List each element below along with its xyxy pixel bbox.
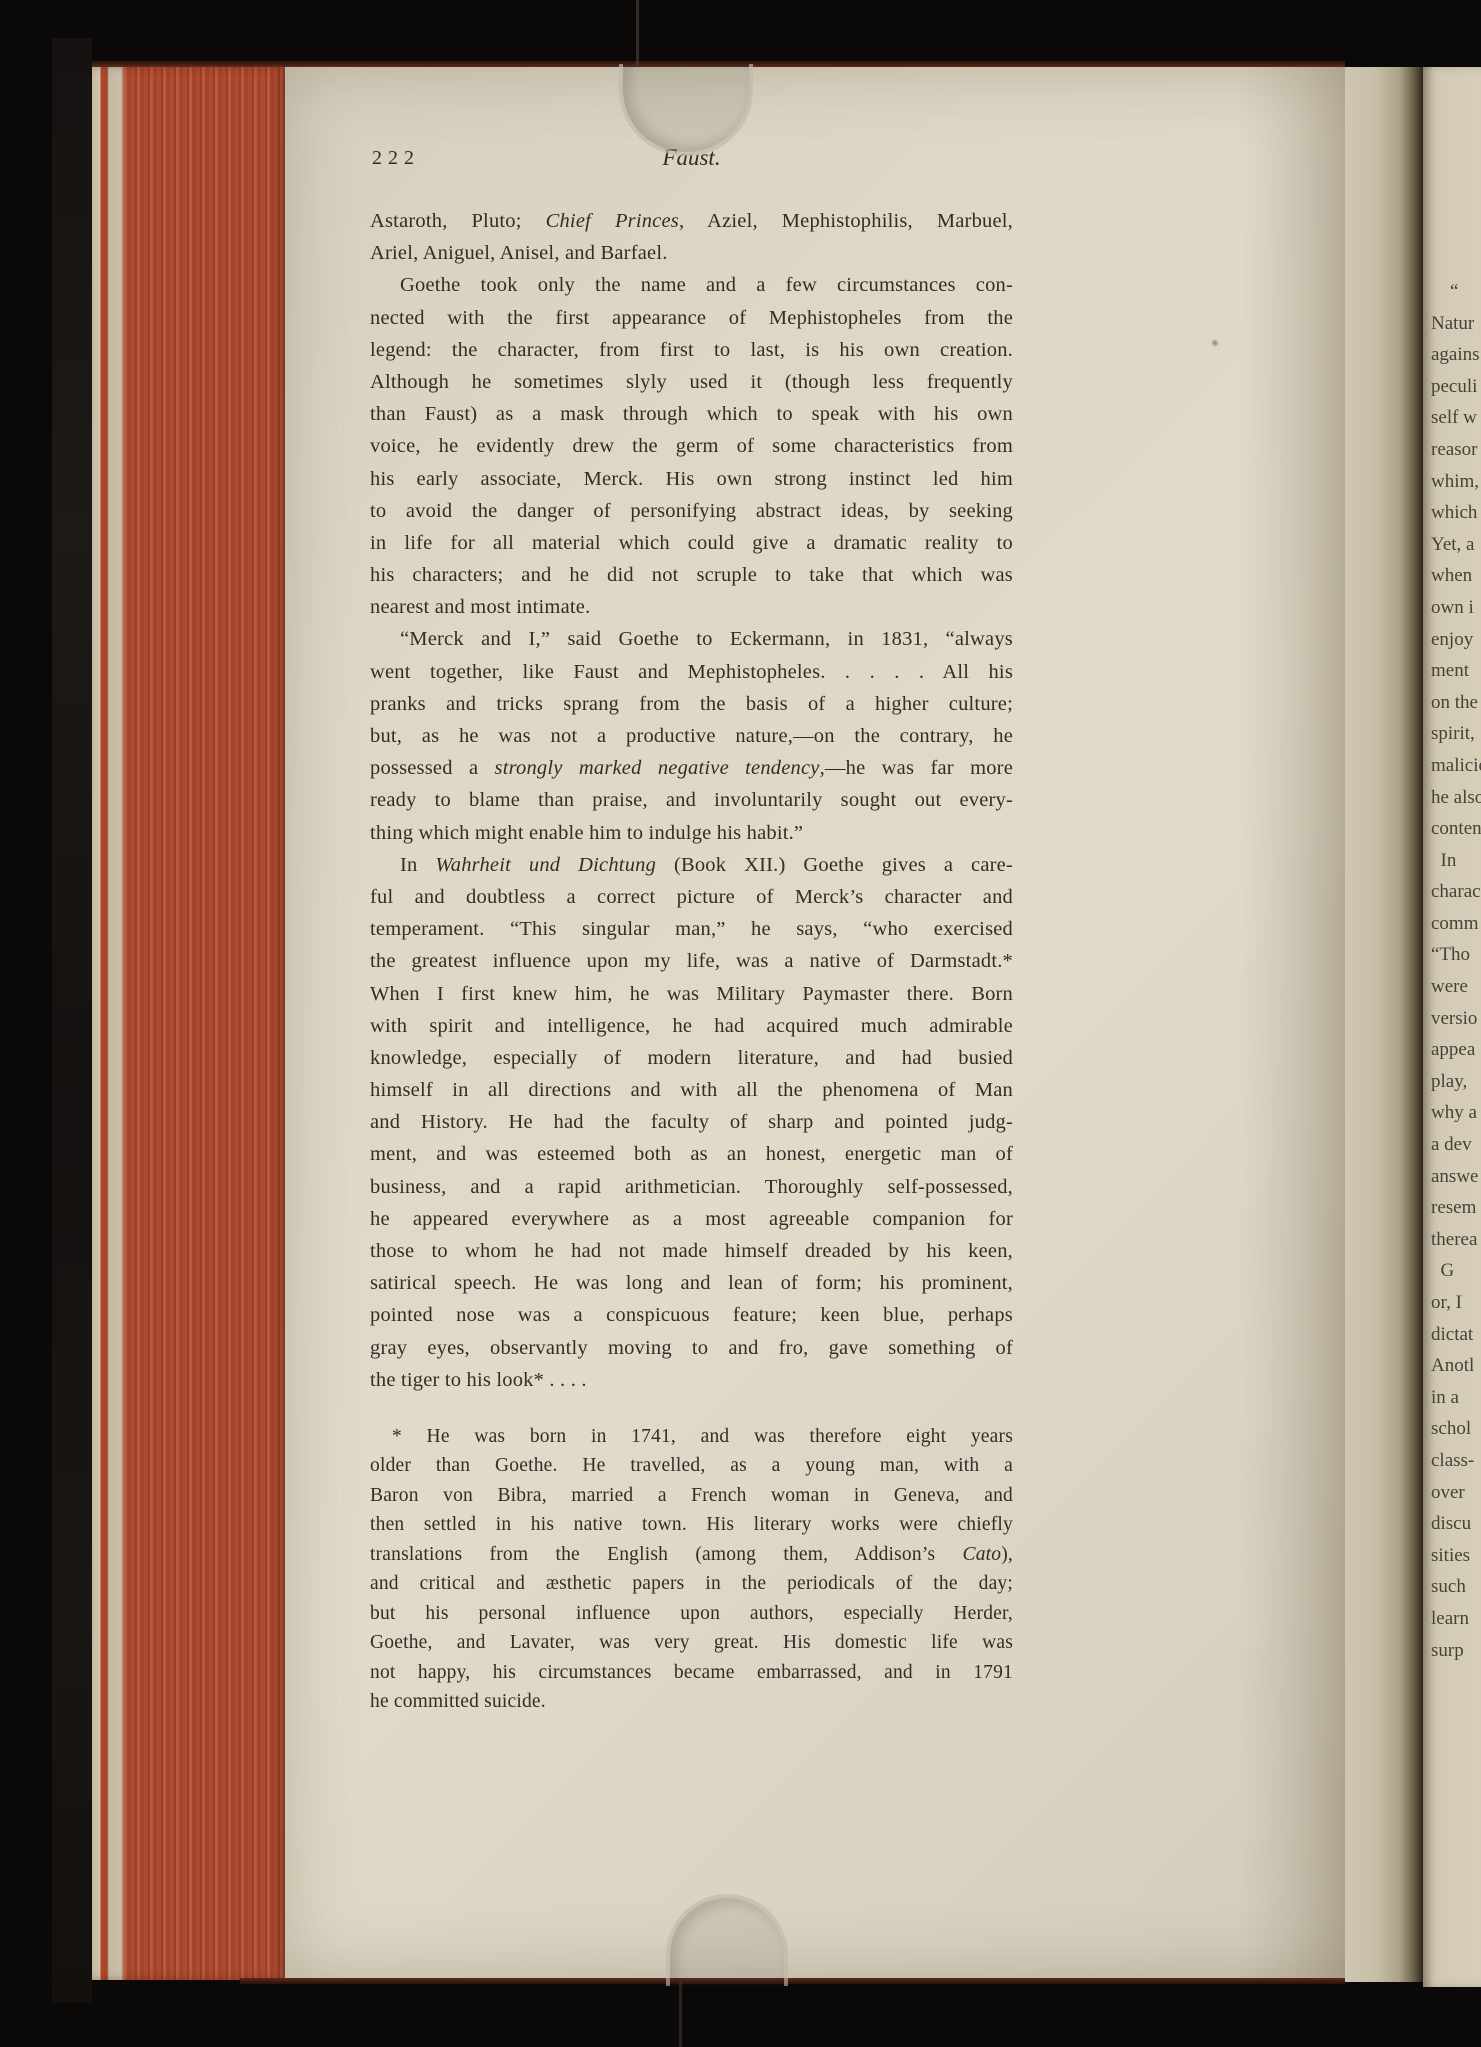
text-line: nearest and most intimate.: [370, 591, 1013, 623]
next-page-text-line: such: [1431, 1571, 1481, 1603]
text-line: he committed suicide.: [370, 1687, 1013, 1717]
text-line: but, as he was not a productive nature,—…: [370, 720, 1013, 752]
text-line: thing which might enable him to indulge …: [370, 817, 1013, 849]
clip-top-wire: [636, 0, 639, 66]
next-page-text-line: own i: [1431, 592, 1481, 624]
text-line: not happy, his circumstances became emba…: [370, 1658, 1013, 1688]
next-page-text-line: In: [1431, 845, 1481, 877]
clip-bottom-wire: [679, 1982, 682, 2047]
next-page-text-fragments: “Naturagainspeculiself wreasorwhim,which…: [1431, 276, 1481, 1666]
next-page-text-line: were: [1431, 971, 1481, 1003]
text-line: temperament. “This singular man,” he say…: [370, 913, 1013, 945]
next-page-text-line: or, I: [1431, 1287, 1481, 1319]
text-line: voice, he evidently drew the germ of som…: [370, 430, 1013, 462]
book-cover-edge: [52, 38, 92, 2003]
next-page-text-line: self w: [1431, 402, 1481, 434]
next-page-text-line: Yet, a: [1431, 529, 1481, 561]
next-page-text-line: schol: [1431, 1413, 1481, 1445]
next-page-text-line: over: [1431, 1477, 1481, 1509]
next-page-text-line: class-: [1431, 1445, 1481, 1477]
text-line: knowledge, especially of modern literatu…: [370, 1042, 1013, 1074]
text-line: “Merck and I,” said Goethe to Eckermann,…: [370, 623, 1013, 655]
text-line: nected with the first appearance of Meph…: [370, 302, 1013, 334]
text-line: ful and doubtless a correct picture of M…: [370, 881, 1013, 913]
text-line: his early associate, Merck. His own stro…: [370, 463, 1013, 495]
text-line: and critical and æsthetic papers in the …: [370, 1569, 1013, 1599]
text-line: then settled in his native town. His lit…: [370, 1510, 1013, 1540]
page-text-area: 222 Faust. Astaroth, Pluto; Chief Prince…: [370, 145, 1013, 1717]
next-page-text-line: whim,: [1431, 466, 1481, 498]
next-page-text-line: sities: [1431, 1540, 1481, 1572]
text-line: those to whom he had not made himself dr…: [370, 1235, 1013, 1267]
text-line: older than Goethe. He travelled, as a yo…: [370, 1451, 1013, 1481]
next-page-text-line: Anotl: [1431, 1350, 1481, 1382]
text-line: he appeared everywhere as a most agreeab…: [370, 1203, 1013, 1235]
text-line: went together, like Faust and Mephistoph…: [370, 656, 1013, 688]
next-page-text-line: charac: [1431, 876, 1481, 908]
next-page-text-line: agains: [1431, 339, 1481, 371]
next-page-text-line: surp: [1431, 1635, 1481, 1667]
next-page-text-line: he also: [1431, 782, 1481, 814]
next-page-text-line: resem: [1431, 1192, 1481, 1224]
text-line: satirical speech. He was long and lean o…: [370, 1267, 1013, 1299]
text-line: Astaroth, Pluto; Chief Princes, Aziel, M…: [370, 205, 1013, 237]
next-page-text-line: G: [1431, 1255, 1481, 1287]
book-gutter-fold: [1345, 67, 1423, 1982]
text-line: legend: the character, from first to las…: [370, 334, 1013, 366]
next-page-text-line: ment: [1431, 655, 1481, 687]
red-fore-edge-pages: [92, 66, 286, 1980]
text-line: in life for all material which could giv…: [370, 527, 1013, 559]
text-line: When I first knew him, he was Military P…: [370, 978, 1013, 1010]
footnote: * He was born in 1741, and was therefore…: [370, 1422, 1013, 1717]
next-page-text-line: answe: [1431, 1161, 1481, 1193]
text-line: Goethe took only the name and a few circ…: [370, 269, 1013, 301]
page-bottom-edge-line: [240, 1978, 1345, 1984]
next-page-text-line: on the: [1431, 687, 1481, 719]
text-line: * He was born in 1741, and was therefore…: [370, 1422, 1013, 1452]
page-number: 222: [372, 147, 420, 170]
text-line: business, and a rapid arithmetician. Tho…: [370, 1171, 1013, 1203]
next-page-text-line: play,: [1431, 1066, 1481, 1098]
next-page-text-line: discu: [1431, 1508, 1481, 1540]
next-page-text-line: when: [1431, 560, 1481, 592]
book-scan-photo: 222 Faust. Astaroth, Pluto; Chief Prince…: [0, 0, 1481, 2047]
next-page-text-line: comm: [1431, 908, 1481, 940]
next-page-text-line: reasor: [1431, 434, 1481, 466]
next-page-text-line: versio: [1431, 1003, 1481, 1035]
text-line: gray eyes, observantly moving to and fro…: [370, 1332, 1013, 1364]
text-line: Goethe, and Lavater, was very great. His…: [370, 1628, 1013, 1658]
next-page-text-line: appea: [1431, 1034, 1481, 1066]
text-line: the tiger to his look* . . . .: [370, 1364, 1013, 1396]
text-line: to avoid the danger of personifying abst…: [370, 495, 1013, 527]
text-line: Although he sometimes slyly used it (tho…: [370, 366, 1013, 398]
text-line: himself in all directions and with all t…: [370, 1074, 1013, 1106]
text-line: possessed a strongly marked negative ten…: [370, 752, 1013, 784]
next-page-text-line: why a: [1431, 1097, 1481, 1129]
next-page-sliver: “Naturagainspeculiself wreasorwhim,which…: [1423, 67, 1481, 1987]
next-page-text-line: a dev: [1431, 1129, 1481, 1161]
text-line: ment, and was esteemed both as an honest…: [370, 1138, 1013, 1170]
text-line: pointed nose was a conspicuous feature; …: [370, 1299, 1013, 1331]
next-page-text-line: enjoy: [1431, 624, 1481, 656]
text-line: the greatest influence upon my life, was…: [370, 945, 1013, 977]
next-page-text-line: “Tho: [1431, 939, 1481, 971]
text-line: with spirit and intelligence, he had acq…: [370, 1010, 1013, 1042]
page-body: Astaroth, Pluto; Chief Princes, Aziel, M…: [370, 205, 1013, 1396]
text-line: translations from the English (among the…: [370, 1540, 1013, 1570]
text-line: Ariel, Aniguel, Anisel, and Barfael.: [370, 237, 1013, 269]
text-line: his characters; and he did not scruple t…: [370, 559, 1013, 591]
book-page: 222 Faust. Astaroth, Pluto; Chief Prince…: [285, 67, 1345, 1978]
next-page-text-line: conten: [1431, 813, 1481, 845]
text-line: pranks and tricks sprang from the basis …: [370, 688, 1013, 720]
text-line: In Wahrheit und Dichtung (Book XII.) Goe…: [370, 849, 1013, 881]
next-page-text-line: learn: [1431, 1603, 1481, 1635]
text-line: ready to blame than praise, and involunt…: [370, 784, 1013, 816]
next-page-text-line: malicio: [1431, 750, 1481, 782]
text-line: and History. He had the faculty of sharp…: [370, 1106, 1013, 1138]
next-page-text-line: therea: [1431, 1224, 1481, 1256]
text-line: than Faust) as a mask through which to s…: [370, 398, 1013, 430]
next-page-text-line: which: [1431, 497, 1481, 529]
text-line: but his personal influence upon authors,…: [370, 1599, 1013, 1629]
next-page-text-line: dictat: [1431, 1319, 1481, 1351]
next-page-text-line: in a: [1431, 1382, 1481, 1414]
next-page-text-line: “: [1431, 276, 1481, 308]
next-page-text-line: spirit,: [1431, 718, 1481, 750]
text-line: Baron von Bibra, married a French woman …: [370, 1481, 1013, 1511]
next-page-text-line: Natur: [1431, 308, 1481, 340]
next-page-text-line: peculi: [1431, 371, 1481, 403]
